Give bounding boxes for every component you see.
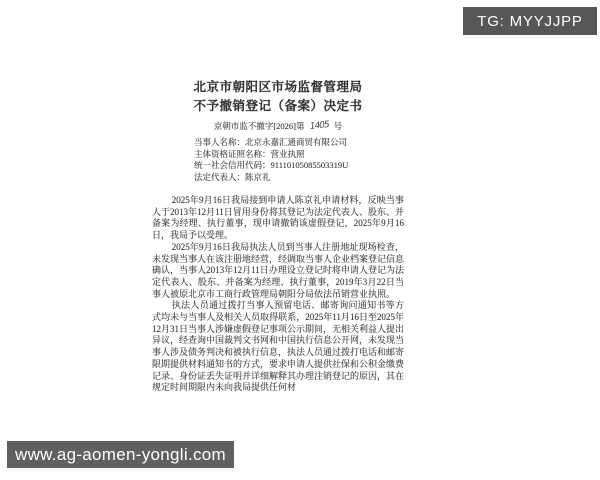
document-body: 2025年9月16日我局接到申请人陈京礼申请材料，反映当事人于2013年12月1… [152,195,404,394]
field-credit-code: 统一社会信用代码：91110105085503319U [194,160,404,172]
field-license-type: 主体资格证照名称：营业执照 [194,149,404,161]
field-party-name-value: 北京永嘉汇通商贸有限公司 [245,137,347,147]
document-number-suffix: 号 [334,121,343,131]
page: { "colors": { "page_background": "#fffff… [0,0,600,480]
document-title-line2: 不予撤销登记（备案）决定书 [152,97,404,116]
watermark-website-badge: www.ag-aomen-yongli.com [7,441,234,468]
document-title: 北京市朝阳区市场监督管理局 不予撤销登记（备案）决定书 [152,78,404,116]
paragraph-3: 执法人员通过拨打当事人预留电话、邮寄询问通知书等方式均未与当事人及相关人员取得联… [152,300,404,394]
document-number-prefix: 京朝市监不撤字[2026]第 [214,121,305,131]
document-number-handwritten: 1405 [307,119,331,133]
field-legal-representative-label: 法定代表人： [194,172,245,182]
field-legal-representative: 法定代表人：陈京礼 [194,172,404,184]
paragraph-1: 2025年9月16日我局接到申请人陈京礼申请材料，反映当事人于2013年12月1… [152,195,404,242]
field-party-name-label: 当事人名称： [194,137,245,147]
document-title-line1: 北京市朝阳区市场监督管理局 [152,78,404,97]
watermark-telegram-badge: TG: MYYJJPP [463,7,597,35]
field-party-name: 当事人名称：北京永嘉汇通商贸有限公司 [194,137,404,149]
document-number: 京朝市监不撤字[2026]第 1405 号 [152,120,404,133]
field-legal-representative-value: 陈京礼 [245,172,271,182]
document-page: 北京市朝阳区市场监督管理局 不予撤销登记（备案）决定书 京朝市监不撤字[2026… [152,78,404,394]
document-fields: 当事人名称：北京永嘉汇通商贸有限公司 主体资格证照名称：营业执照 统一社会信用代… [194,137,404,183]
paragraph-2: 2025年9月16日我局执法人员到当事人注册地址现场检查，未发现当事人在该注册地… [152,242,404,301]
field-credit-code-value: 91110105085503319U [271,160,349,170]
field-license-type-label: 主体资格证照名称： [194,149,271,159]
field-credit-code-label: 统一社会信用代码： [194,160,271,170]
field-license-type-value: 营业执照 [271,149,305,159]
